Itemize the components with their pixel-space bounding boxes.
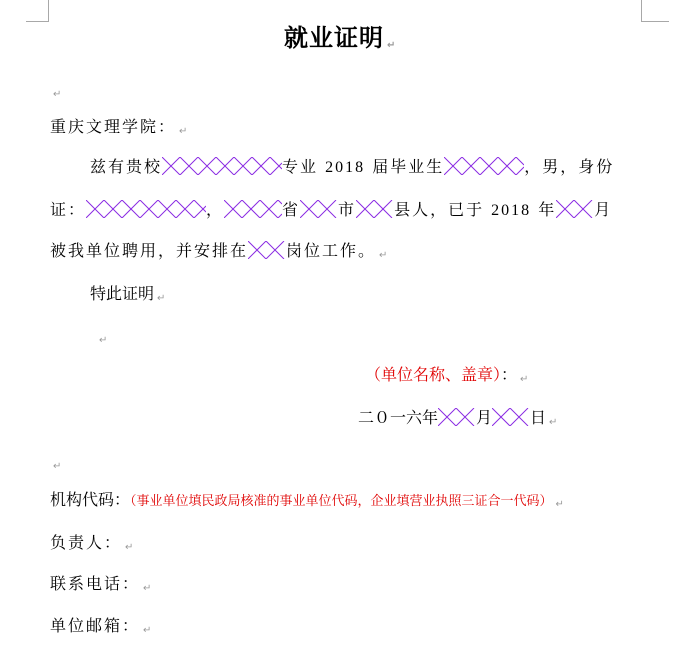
date-line[interactable]: 二０一六年月日↵ — [358, 408, 557, 433]
placeholder-hire-month-blank[interactable] — [556, 200, 594, 218]
body-text: 年 — [531, 200, 556, 219]
graduation-year: 2018 — [325, 159, 365, 176]
empty-paragraph[interactable]: ↵ — [96, 326, 107, 351]
body-text: 月 — [594, 200, 612, 219]
placeholder-sign-month-blank[interactable] — [438, 408, 476, 426]
date-day-text: 日 — [530, 408, 546, 427]
body-text: 证： — [50, 200, 86, 219]
phone-line[interactable]: 联系电话：↵ — [50, 574, 153, 599]
placeholder-name-blank[interactable] — [444, 157, 524, 175]
body-text: 省 — [282, 200, 300, 219]
org-code-label: 机构代码： — [50, 490, 130, 509]
page-corner-mark-left — [26, 0, 49, 22]
body-text: 兹有贵校 — [90, 157, 162, 176]
email-label: 单位邮箱： — [50, 616, 140, 635]
body-text: 届毕业生 — [365, 157, 444, 176]
date-month-text: 月 — [476, 408, 492, 427]
empty-paragraph[interactable]: ↵ — [50, 452, 61, 477]
body-text: 专业 — [282, 157, 325, 176]
paragraph-mark-icon: ↵ — [99, 335, 107, 346]
hire-year: 2018 — [491, 202, 531, 219]
paragraph-mark-icon: ↵ — [53, 461, 61, 472]
placeholder-county-blank[interactable] — [356, 200, 394, 218]
placeholder-position-blank[interactable] — [248, 241, 286, 259]
paragraph-mark-icon: ↵ — [143, 625, 153, 636]
signature-label-line[interactable]: （单位名称、盖章）：↵ — [365, 365, 528, 390]
paragraph-mark-icon: ↵ — [179, 126, 189, 137]
body-text: 县人，已于 — [394, 200, 491, 219]
paragraph-mark-icon: ↵ — [157, 293, 165, 304]
body-text: 被我单位聘用，并安排在 — [50, 241, 248, 260]
closing-line[interactable]: 特此证明↵ — [90, 284, 165, 309]
paragraph-mark-icon: ↵ — [53, 89, 61, 100]
placeholder-sign-day-blank[interactable] — [492, 408, 530, 426]
paragraph-mark-icon: ↵ — [379, 250, 389, 261]
paragraph-mark-icon: ↵ — [549, 417, 557, 428]
document-title[interactable]: 就业证明↵ — [284, 28, 396, 56]
body-text: ，男，身份 — [524, 157, 614, 176]
recipient-text: 重庆文理学院： — [50, 117, 176, 136]
recipient-line[interactable]: 重庆文理学院：↵ — [50, 117, 189, 142]
org-code-line[interactable]: 机构代码：（事业单位填民政局核准的事业单位代码，企业填营业执照三证合一代码）↵ — [50, 490, 564, 515]
body-text: ， — [206, 200, 224, 219]
signature-colon: ： — [501, 365, 517, 384]
page-corner-mark-right — [641, 0, 669, 22]
body-line-2[interactable]: 证：，省市县人，已于 2018 年月 — [50, 200, 612, 221]
placeholder-id-number-blank[interactable] — [86, 200, 206, 218]
paragraph-mark-icon: ↵ — [520, 374, 528, 385]
body-text: 市 — [338, 200, 356, 219]
empty-paragraph[interactable]: ↵ — [50, 80, 61, 105]
placeholder-major-blank[interactable] — [162, 157, 282, 175]
paragraph-mark-icon: ↵ — [125, 542, 135, 553]
person-in-charge-line[interactable]: 负责人：↵ — [50, 533, 135, 558]
org-code-hint: （事业单位填民政局核准的事业单位代码，企业填营业执照三证合一代码） — [130, 494, 553, 509]
email-line[interactable]: 单位邮箱：↵ — [50, 616, 153, 641]
body-line-1[interactable]: 兹有贵校专业 2018 届毕业生，男，身份 — [90, 157, 614, 178]
signature-label: （单位名称、盖章） — [365, 365, 501, 384]
phone-label: 联系电话： — [50, 574, 140, 593]
placeholder-city-blank[interactable] — [300, 200, 338, 218]
closing-text: 特此证明 — [90, 284, 154, 303]
date-year-text: 二０一六年 — [358, 408, 438, 427]
paragraph-mark-icon: ↵ — [387, 40, 396, 51]
paragraph-mark-icon: ↵ — [556, 499, 564, 510]
person-in-charge-label: 负责人： — [50, 533, 122, 552]
body-text: 岗位工作。 — [286, 241, 376, 260]
paragraph-mark-icon: ↵ — [143, 583, 153, 594]
title-text: 就业证明 — [284, 24, 384, 52]
body-line-3[interactable]: 被我单位聘用，并安排在岗位工作。↵ — [50, 241, 389, 266]
placeholder-province-blank[interactable] — [224, 200, 282, 218]
